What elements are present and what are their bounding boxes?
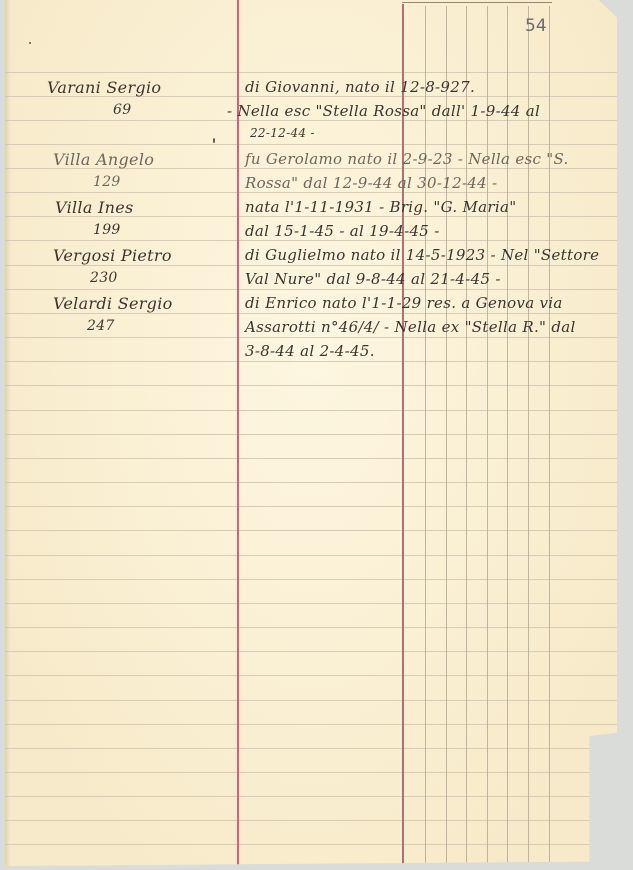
ruling-line <box>5 748 617 749</box>
entry-name: Varani Sergio <box>47 78 161 97</box>
column-line <box>507 6 508 870</box>
ruling-line <box>5 361 617 362</box>
entry-number: 69 <box>113 102 131 118</box>
ruling-line <box>5 458 617 459</box>
column-line <box>549 6 550 870</box>
ruling-line <box>5 72 617 73</box>
ruling-line <box>5 772 617 773</box>
ruling-line <box>5 120 617 121</box>
column-line <box>425 6 426 870</box>
entry-line: di Guglielmo nato il 14-5-1923 - Nel "Se… <box>245 246 599 264</box>
entry-name: Velardi Sergio <box>53 294 173 313</box>
entry-line: 22-12-44 - <box>250 126 315 140</box>
entry-number: 129 <box>93 174 121 190</box>
paper-edge <box>5 0 11 866</box>
ruling-line <box>5 675 617 676</box>
entry-number: 247 <box>87 318 115 334</box>
entry-line: di Giovanni, nato il 12-8-927. <box>245 78 475 96</box>
ruling-line <box>5 506 617 507</box>
entry-name: Villa Ines <box>55 198 134 217</box>
red-margin-line <box>237 0 239 866</box>
entry-number: 199 <box>93 222 121 238</box>
ruling-line <box>5 820 617 821</box>
ruling-line <box>5 337 617 338</box>
ruling-line <box>5 434 617 435</box>
ruling-line <box>5 844 617 845</box>
column-top-border <box>402 2 552 3</box>
entry-line: dal 15-1-45 - al 19-4-45 - <box>245 222 440 240</box>
page-number: 54 <box>525 16 547 36</box>
ruling-line <box>5 603 617 604</box>
ruling-line <box>5 796 617 797</box>
ink-speck <box>29 42 31 44</box>
entry-line: Assarotti n°46/4/ - Nella ex "Stella R."… <box>245 318 576 336</box>
ruling-line <box>5 192 617 193</box>
ruling-line <box>5 410 617 411</box>
ruling-line <box>5 555 617 556</box>
entry-number: 230 <box>90 270 118 286</box>
entry-line: nata l'1-11-1931 - Brig. "G. Maria" <box>245 198 516 216</box>
ruling-line <box>5 313 617 314</box>
column-line <box>528 6 529 870</box>
entry-line: di Enrico nato l'1-1-29 res. a Genova vi… <box>245 294 563 312</box>
ruling-line <box>5 579 617 580</box>
ruling-line <box>5 144 617 145</box>
entry-line: Val Nure" dal 9-8-44 al 21-4-45 - <box>245 270 501 288</box>
entry-line: fu Gerolamo nato il 2-9-23 - Nella esc "… <box>245 150 569 168</box>
column-line <box>487 6 488 870</box>
ruling-line <box>5 627 617 628</box>
column-line <box>466 6 467 870</box>
ruling-line <box>5 289 617 290</box>
ruling-line <box>5 265 617 266</box>
entry-line: 3-8-44 al 2-4-45. <box>245 342 375 360</box>
entry-name: Villa Angelo <box>53 150 154 169</box>
ruling-line <box>5 700 617 701</box>
ruling-line <box>5 530 617 531</box>
ink-speck <box>213 138 215 143</box>
entry-name: Vergosi Pietro <box>53 246 172 265</box>
ruling-line <box>5 385 617 386</box>
ledger-page: 54 Varani Sergio 69 di Giovanni, nato il… <box>5 0 617 866</box>
ruling-line <box>5 482 617 483</box>
ruling-line <box>5 240 617 241</box>
column-line <box>446 6 447 870</box>
ruling-line <box>5 651 617 652</box>
ruling-line <box>5 724 617 725</box>
entry-line: Rossa" dal 12-9-44 al 30-12-44 - <box>245 174 497 192</box>
column-line <box>402 6 403 870</box>
entry-line: - Nella esc "Stella Rossa" dall' 1-9-44 … <box>227 102 540 120</box>
